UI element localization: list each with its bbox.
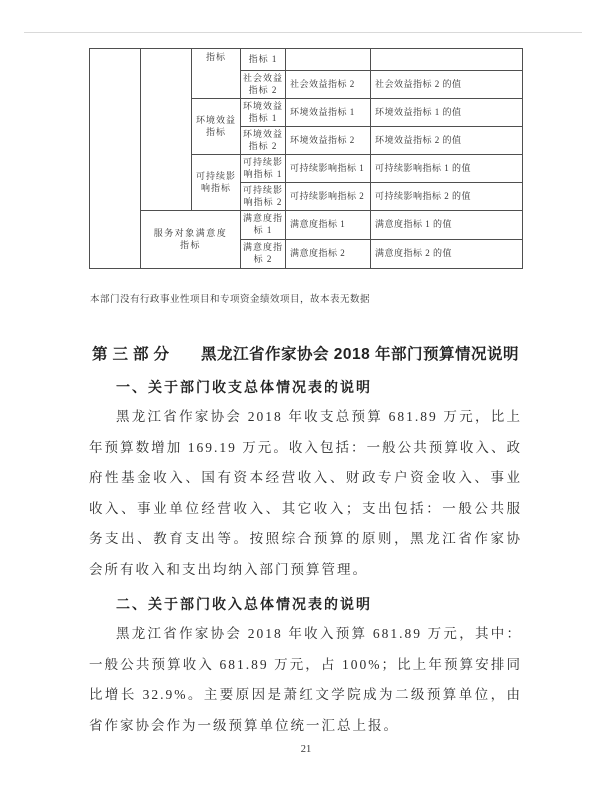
table-cell-value: 可持续影响指标 1 的值	[371, 155, 523, 183]
paragraph-line: 一般公共预算收入 681.89 万元，占 100%；比上年预算安排同	[89, 650, 522, 681]
document-page: 指标 指标 1 社会效益指标 2 社会效益指标 2 社会效益指标 2 的值 环境…	[0, 0, 612, 792]
table-footnote: 本部门没有行政事业性项目和专项资金绩效项目，故本表无数据	[90, 292, 530, 308]
table-cell-group-environment: 环境效益指标	[192, 99, 241, 155]
section-title-label: 第三部分	[92, 342, 174, 364]
paragraph-line: 省作家协会作为一级预算单位统一汇总上报。	[89, 711, 522, 742]
table-cell-group-sustainability: 可持续影响指标	[192, 155, 241, 211]
table-cell-name: 满意度指标 1	[286, 211, 371, 240]
table-cell-value: 社会效益指标 2 的值	[371, 71, 523, 99]
table-cell-indicator: 可持续影响指标 2	[241, 183, 286, 211]
paragraph-2: 黑龙江省作家协会 2018 年收入预算 681.89 万元，其中： 一般公共预算…	[89, 619, 522, 741]
table-cell-value: 可持续影响指标 2 的值	[371, 183, 523, 211]
performance-indicators-table: 指标 指标 1 社会效益指标 2 社会效益指标 2 社会效益指标 2 的值 环境…	[89, 48, 523, 269]
subsection-heading-2: 二、关于部门收入总体情况表的说明	[89, 589, 522, 619]
paragraph-line: 务支出、教育支出等。按照综合预算的原则，黑龙江省作家协	[89, 524, 522, 555]
subsection-heading-1: 一、关于部门收支总体情况表的说明	[89, 372, 522, 402]
table-cell-carryover-group: 指标	[192, 49, 241, 99]
table-cell-indicator: 环境效益指标 2	[241, 127, 286, 155]
table-cell-indicator: 满意度指标 1	[241, 211, 286, 240]
table-cell-indicator: 可持续影响指标 1	[241, 155, 286, 183]
paragraph-line: 府性基金收入、国有资本经营收入、财政专户资金收入、事业	[89, 463, 522, 494]
table-cell-carryover-indicator: 指标 1	[241, 49, 286, 71]
paragraph-line: 年预算数增加 169.19 万元。收入包括：一般公共预算收入、政	[89, 433, 522, 464]
table-cell-name: 社会效益指标 2	[286, 71, 371, 99]
table-cell-name: 环境效益指标 2	[286, 127, 371, 155]
table-cell-empty-value	[371, 49, 523, 71]
paragraph-line: 黑龙江省作家协会 2018 年收入预算 681.89 万元，其中：	[89, 619, 522, 650]
table-cell-value: 环境效益指标 1 的值	[371, 99, 523, 127]
table-cell-empty-group	[141, 49, 192, 211]
table-cell-indicator: 环境效益指标 1	[241, 99, 286, 127]
section-title: 第三部分 黑龙江省作家协会 2018 年部门预算情况说明	[89, 338, 522, 368]
table-cell-name: 环境效益指标 1	[286, 99, 371, 127]
table-row: 指标 指标 1	[90, 49, 523, 71]
table-cell-name: 满意度指标 2	[286, 240, 371, 269]
scan-artifact-rule	[24, 32, 582, 33]
table-cell-value: 满意度指标 1 的值	[371, 211, 523, 240]
paragraph-line: 黑龙江省作家协会 2018 年收支总预算 681.89 万元，比上	[89, 402, 522, 433]
paragraph-line: 比增长 32.9%。主要原因是萧红文学院成为二级预算单位，由	[89, 680, 522, 711]
table-cell-value: 满意度指标 2 的值	[371, 240, 523, 269]
table-cell-value: 环境效益指标 2 的值	[371, 127, 523, 155]
paragraph-line: 会所有收入和支出均纳入部门预算管理。	[89, 555, 522, 586]
table-cell-empty-name	[286, 49, 371, 71]
table-cell-empty-left	[90, 49, 141, 269]
table-row: 服务对象满意度指标 满意度指标 1 满意度指标 1 满意度指标 1 的值	[90, 211, 523, 240]
table-cell-group-satisfaction: 服务对象满意度指标	[141, 211, 241, 269]
section-title-text: 黑龙江省作家协会 2018 年部门预算情况说明	[201, 342, 519, 364]
table-cell-indicator: 满意度指标 2	[241, 240, 286, 269]
page-number: 21	[0, 742, 612, 758]
paragraph-line: 收入、事业单位经营收入、其它收入；支出包括：一般公共服	[89, 494, 522, 525]
paragraph-1: 黑龙江省作家协会 2018 年收支总预算 681.89 万元，比上 年预算数增加…	[89, 402, 522, 585]
table-cell-name: 可持续影响指标 1	[286, 155, 371, 183]
table-cell-indicator: 社会效益指标 2	[241, 71, 286, 99]
table-cell-name: 可持续影响指标 2	[286, 183, 371, 211]
